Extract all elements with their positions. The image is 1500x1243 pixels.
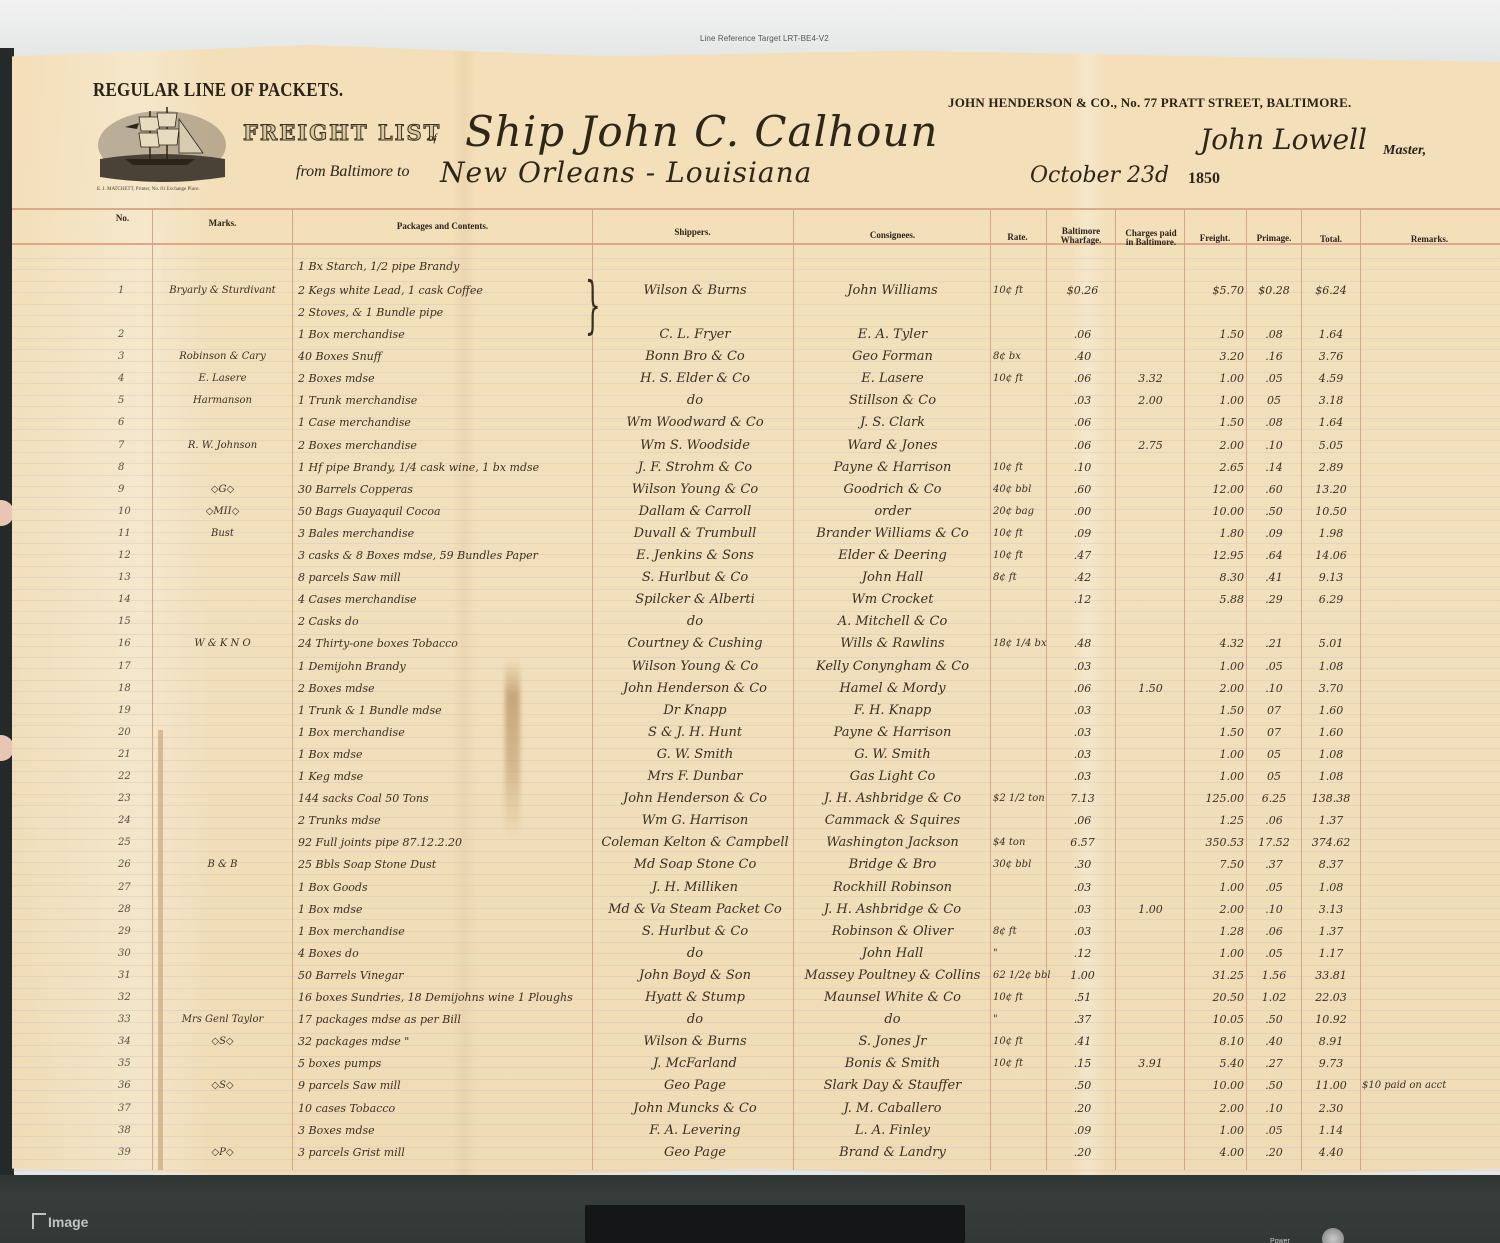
wharfage-cell: .48 xyxy=(1050,633,1115,655)
consignee-cell: J. H. Ashbridge & Co xyxy=(795,899,990,921)
col-header-freight: Freight. xyxy=(1186,234,1244,243)
charges-cell: 2.00 xyxy=(1118,390,1183,412)
entry-number: 1 xyxy=(118,280,148,302)
entry-number: 5 xyxy=(118,390,148,412)
consignee-cell: order xyxy=(795,501,990,523)
total-cell: 8.37 xyxy=(1302,854,1360,876)
packages-cell: 2 Boxes mdse xyxy=(298,368,593,390)
wharfage-cell: .03 xyxy=(1050,390,1115,412)
table-row: 23144 sacks Coal 50 TonsJohn Henderson &… xyxy=(0,788,1500,810)
consignee-cell: Payne & Harrison xyxy=(795,722,990,744)
shipper-cell: Md Soap Stone Co xyxy=(600,854,790,876)
wharfage-cell: .50 xyxy=(1050,1075,1115,1097)
consignee-cell: E. A. Tyler xyxy=(795,324,990,346)
primage-cell: 05 xyxy=(1250,390,1298,412)
table-row: 7R. W. Johnson2 Boxes merchandiseWm S. W… xyxy=(0,435,1500,457)
rate-cell: " xyxy=(993,1009,1045,1031)
primage-cell: 07 xyxy=(1250,722,1298,744)
shipper-cell: Mrs F. Dunbar xyxy=(600,766,790,788)
shipper-cell: Dallam & Carroll xyxy=(600,501,790,523)
primage-cell: .20 xyxy=(1250,1142,1298,1164)
col-header-shippers: Shippers. xyxy=(595,228,790,237)
packages-cell: 1 Box merchandise xyxy=(298,921,593,943)
shipper-cell: Duvall & Trumbull xyxy=(600,523,790,545)
table-header-rule xyxy=(12,243,1500,245)
total-cell: 4.59 xyxy=(1302,368,1360,390)
shipper-cell: Coleman Kelton & Campbell xyxy=(600,832,790,854)
marks-cell: Harmanson xyxy=(155,390,290,412)
packages-cell: 32 packages mdse " xyxy=(298,1031,593,1053)
primage-cell: .08 xyxy=(1250,412,1298,434)
entry-number: 13 xyxy=(118,567,148,589)
primage-cell: .05 xyxy=(1250,1120,1298,1142)
entry-number: 34 xyxy=(118,1031,148,1053)
freight-cell: 7.50 xyxy=(1186,854,1244,876)
shipper-cell: Wm Woodward & Co xyxy=(600,412,790,434)
freight-cell: 8.30 xyxy=(1186,567,1244,589)
charges-cell: 1.50 xyxy=(1118,678,1183,700)
rate-cell: 30¢ bbl xyxy=(993,854,1045,876)
shipper-cell: Hyatt & Stump xyxy=(600,987,790,1009)
packages-cell: 1 Keg mdse xyxy=(298,766,593,788)
rate-cell: 62 1/2¢ bbl xyxy=(993,965,1045,987)
freight-cell: 1.00 xyxy=(1186,368,1244,390)
shipper-cell: G. W. Smith xyxy=(600,744,790,766)
entry-number: 20 xyxy=(118,722,148,744)
rate-cell: 8¢ ft xyxy=(993,567,1045,589)
wharfage-cell: .03 xyxy=(1050,899,1115,921)
company-address: JOHN HENDERSON & CO., No. 77 PRATT STREE… xyxy=(948,95,1351,111)
shipper-cell: J. McFarland xyxy=(600,1053,790,1075)
table-row: 182 Boxes mdseJohn Henderson & CoHamel &… xyxy=(0,678,1500,700)
entry-number: 35 xyxy=(118,1053,148,1075)
consignee-cell: Rockhill Robinson xyxy=(795,877,990,899)
table-row: 383 Boxes mdseF. A. LeveringL. A. Finley… xyxy=(0,1120,1500,1142)
total-cell: 3.70 xyxy=(1302,678,1360,700)
freight-cell: 1.28 xyxy=(1186,921,1244,943)
marks-cell: B & B xyxy=(155,854,290,876)
total-cell: 10.92 xyxy=(1302,1009,1360,1031)
entry-number: 14 xyxy=(118,589,148,611)
packages-cell: 2 Trunks mdse xyxy=(298,810,593,832)
wharfage-cell: .12 xyxy=(1050,943,1115,965)
consignee-cell: Bridge & Bro xyxy=(795,854,990,876)
entry-number: 12 xyxy=(118,545,148,567)
wharfage-cell: .42 xyxy=(1050,567,1115,589)
freight-cell: 1.00 xyxy=(1186,390,1244,412)
consignee-cell: Payne & Harrison xyxy=(795,457,990,479)
rate-cell: 10¢ ft xyxy=(993,280,1045,302)
total-cell: 11.00 xyxy=(1302,1075,1360,1097)
consignee-cell: Maunsel White & Co xyxy=(795,987,990,1009)
rate-cell: 10¢ ft xyxy=(993,457,1045,479)
table-row: 2 Stoves, & 1 Bundle pipe xyxy=(0,302,1500,324)
route-label: from Baltimore to xyxy=(296,163,409,181)
consignee-cell: Robinson & Oliver xyxy=(795,921,990,943)
primage-cell: .40 xyxy=(1250,1031,1298,1053)
consignee-cell: E. Lasere xyxy=(795,368,990,390)
wharfage-cell: .30 xyxy=(1050,854,1115,876)
consignee-cell: Slark Day & Stauffer xyxy=(795,1075,990,1097)
rate-cell: 8¢ ft xyxy=(993,921,1045,943)
rate-cell: 10¢ ft xyxy=(993,1031,1045,1053)
wharfage-cell: .03 xyxy=(1050,766,1115,788)
col-header-primage: Primage. xyxy=(1248,234,1300,243)
total-cell: 9.13 xyxy=(1302,567,1360,589)
marks-cell: ◇G◇ xyxy=(155,479,290,501)
consignee-cell: Wm Crocket xyxy=(795,589,990,611)
primage-cell: .27 xyxy=(1250,1053,1298,1075)
col-header-packages: Packages and Contents. xyxy=(295,222,590,231)
total-cell: 374.62 xyxy=(1302,832,1360,854)
shipper-cell: S. Hurlbut & Co xyxy=(600,921,790,943)
wharfage-cell: .00 xyxy=(1050,501,1115,523)
consignee-cell: Hamel & Mordy xyxy=(795,678,990,700)
wharfage-cell: .06 xyxy=(1050,412,1115,434)
entry-number: 11 xyxy=(118,523,148,545)
entry-number: 9 xyxy=(118,479,148,501)
ship-name: Ship John C. Calhoun xyxy=(465,107,938,156)
entry-number: 39 xyxy=(118,1142,148,1164)
date-month-day: October 23d xyxy=(1030,163,1169,188)
primage-cell: 1.02 xyxy=(1250,987,1298,1009)
shipper-cell: John Muncks & Co xyxy=(600,1098,790,1120)
packages-cell: 2 Stoves, & 1 Bundle pipe xyxy=(298,302,593,324)
col-header-wharfage: BaltimoreWharfage. xyxy=(1048,227,1114,245)
shipper-cell: Md & Va Steam Packet Co xyxy=(600,899,790,921)
packages-cell: 4 Boxes do xyxy=(298,943,593,965)
total-cell: 1.08 xyxy=(1302,744,1360,766)
rate-cell: 10¢ ft xyxy=(993,1053,1045,1075)
total-cell: 3.76 xyxy=(1302,346,1360,368)
consignee-cell: John Williams xyxy=(795,280,990,302)
freight-cell: 10.00 xyxy=(1186,1075,1244,1097)
consignee-cell: Brander Williams & Co xyxy=(795,523,990,545)
packages-cell: 1 Hf pipe Brandy, 1/4 cask wine, 1 bx md… xyxy=(298,457,593,479)
consignee-cell: Stillson & Co xyxy=(795,390,990,412)
packages-cell: 92 Full joints pipe 87.12.2.20 xyxy=(298,832,593,854)
primage-cell: 07 xyxy=(1250,700,1298,722)
marks-cell: ◇S◇ xyxy=(155,1075,290,1097)
freight-cell: 4.00 xyxy=(1186,1142,1244,1164)
freight-cell: 1.00 xyxy=(1186,1120,1244,1142)
consignee-cell: S. Jones Jr xyxy=(795,1031,990,1053)
entry-number: 19 xyxy=(118,700,148,722)
marks-cell: Mrs Genl Taylor xyxy=(155,1009,290,1031)
freight-cell: 8.10 xyxy=(1186,1031,1244,1053)
freight-cell: 350.53 xyxy=(1186,832,1244,854)
primage-cell: 1.56 xyxy=(1250,965,1298,987)
packages-cell: 1 Box mdse xyxy=(298,899,593,921)
destination: New Orleans - Louisiana xyxy=(440,156,812,189)
primage-cell: .05 xyxy=(1250,368,1298,390)
shipper-cell: Wilson Young & Co xyxy=(600,479,790,501)
table-row: 16W & K N O24 Thirty-one boxes TobaccoCo… xyxy=(0,633,1500,655)
remarks-cell: $10 paid on acct xyxy=(1362,1075,1497,1097)
freight-cell: 2.00 xyxy=(1186,1098,1244,1120)
packages-cell: 144 sacks Coal 50 Tons xyxy=(298,788,593,810)
packages-cell: 3 parcels Grist mill xyxy=(298,1142,593,1164)
total-cell: 1.98 xyxy=(1302,523,1360,545)
total-cell: 1.60 xyxy=(1302,700,1360,722)
entry-number: 18 xyxy=(118,678,148,700)
entry-number: 17 xyxy=(118,656,148,678)
freight-cell: 2.65 xyxy=(1186,457,1244,479)
printer-credit: E. J. MATCHETT, Printer, No. 81 Exchange… xyxy=(97,187,200,192)
wharfage-cell: .03 xyxy=(1050,722,1115,744)
table-row: 171 Demijohn BrandyWilson Young & CoKell… xyxy=(0,656,1500,678)
packages-cell: 2 Boxes merchandise xyxy=(298,435,593,457)
table-row: 152 Casks dodoA. Mitchell & Co xyxy=(0,611,1500,633)
shipper-cell: do xyxy=(600,943,790,965)
table-row: 61 Case merchandiseWm Woodward & CoJ. S.… xyxy=(0,412,1500,434)
entry-number: 31 xyxy=(118,965,148,987)
wharfage-cell: 6.57 xyxy=(1050,832,1115,854)
rate-cell: 10¢ ft xyxy=(993,545,1045,567)
total-cell: 9.73 xyxy=(1302,1053,1360,1075)
shipper-cell: J. F. Strohm & Co xyxy=(600,457,790,479)
col-header-rate: Rate. xyxy=(990,233,1045,242)
charges-cell: 2.75 xyxy=(1118,435,1183,457)
entry-number: 36 xyxy=(118,1075,148,1097)
freight-cell: 31.25 xyxy=(1186,965,1244,987)
col-header-charges: Charges paidin Baltimore. xyxy=(1116,229,1186,247)
consignee-cell: Cammack & Squires xyxy=(795,810,990,832)
total-cell: 6.29 xyxy=(1302,589,1360,611)
table-row: 3150 Barrels VinegarJohn Boyd & SonMasse… xyxy=(0,965,1500,987)
ship-engraving-icon xyxy=(95,97,230,182)
wharfage-cell: .15 xyxy=(1050,1053,1115,1075)
packages-cell: 1 Trunk & 1 Bundle mdse xyxy=(298,700,593,722)
scanner-logo: Image xyxy=(32,1213,88,1230)
packages-cell: 24 Thirty-one boxes Tobacco xyxy=(298,633,593,655)
packages-cell: 3 Bales merchandise xyxy=(298,523,593,545)
wharfage-cell: .03 xyxy=(1050,744,1115,766)
table-row: 201 Box merchandiseS & J. H. HuntPayne &… xyxy=(0,722,1500,744)
table-row: 10◇MII◇50 Bags Guayaquil CocoaDallam & C… xyxy=(0,501,1500,523)
charges-cell: 3.32 xyxy=(1118,368,1183,390)
primage-cell: .16 xyxy=(1250,346,1298,368)
total-cell: 1.17 xyxy=(1302,943,1360,965)
primage-cell: .60 xyxy=(1250,479,1298,501)
shipper-cell: John Henderson & Co xyxy=(600,678,790,700)
total-cell: 8.91 xyxy=(1302,1031,1360,1053)
table-row: 1 Bx Starch, 1/2 pipe Brandy xyxy=(0,256,1500,278)
wharfage-cell: .03 xyxy=(1050,700,1115,722)
freight-cell: 10.00 xyxy=(1186,501,1244,523)
consignee-cell: John Hall xyxy=(795,943,990,965)
wharfage-cell: .06 xyxy=(1050,324,1115,346)
packages-cell: 2 Kegs white Lead, 1 cask Coffee xyxy=(298,280,593,302)
entry-number: 3 xyxy=(118,346,148,368)
entry-number: 21 xyxy=(118,744,148,766)
marks-cell: Robinson & Cary xyxy=(155,346,290,368)
freight-cell: 1.25 xyxy=(1186,810,1244,832)
primage-cell: .06 xyxy=(1250,921,1298,943)
packages-cell: 1 Demijohn Brandy xyxy=(298,656,593,678)
entry-number: 32 xyxy=(118,987,148,1009)
shipper-cell: Dr Knapp xyxy=(600,700,790,722)
rate-cell: 40¢ bbl xyxy=(993,479,1045,501)
reference-target-label: Line Reference Target LRT-BE4-V2 xyxy=(700,34,829,43)
entry-number: 37 xyxy=(118,1098,148,1120)
total-cell: $6.24 xyxy=(1302,280,1360,302)
rate-cell: " xyxy=(993,943,1045,965)
table-row: 191 Trunk & 1 Bundle mdseDr KnappF. H. K… xyxy=(0,700,1500,722)
packages-cell: 1 Bx Starch, 1/2 pipe Brandy xyxy=(298,256,593,278)
marks-cell: Bust xyxy=(155,523,290,545)
packages-cell: 1 Case merchandise xyxy=(298,412,593,434)
table-row: 26B & B25 Bbls Soap Stone DustMd Soap St… xyxy=(0,854,1500,876)
freight-cell: 5.40 xyxy=(1186,1053,1244,1075)
consignee-cell: Kelly Conyngham & Co xyxy=(795,656,990,678)
packages-cell: 9 parcels Saw mill xyxy=(298,1075,593,1097)
freight-cell: 20.50 xyxy=(1186,987,1244,1009)
shipper-cell: do xyxy=(600,390,790,412)
primage-cell: .41 xyxy=(1250,567,1298,589)
primage-cell: .10 xyxy=(1250,1098,1298,1120)
primage-cell: .50 xyxy=(1250,501,1298,523)
col-header-consignees: Consignees. xyxy=(795,231,990,240)
table-row: 9◇G◇30 Barrels CopperasWilson Young & Co… xyxy=(0,479,1500,501)
master-name: John Lowell xyxy=(1200,123,1367,156)
packages-cell: 1 Trunk merchandise xyxy=(298,390,593,412)
primage-cell: .10 xyxy=(1250,435,1298,457)
shipper-cell: Wilson & Burns xyxy=(600,280,790,302)
entry-number: 8 xyxy=(118,457,148,479)
wharfage-cell: .40 xyxy=(1050,346,1115,368)
scanner-power-knob[interactable] xyxy=(1322,1228,1344,1243)
primage-cell: 17.52 xyxy=(1250,832,1298,854)
total-cell: 1.14 xyxy=(1302,1120,1360,1142)
wharfage-cell: .06 xyxy=(1050,810,1115,832)
entry-number: 23 xyxy=(118,788,148,810)
consignee-cell: Massey Poultney & Collins xyxy=(795,965,990,987)
total-cell: 13.20 xyxy=(1302,479,1360,501)
table-row: 123 casks & 8 Boxes mdse, 59 Bundles Pap… xyxy=(0,545,1500,567)
wharfage-cell: .37 xyxy=(1050,1009,1115,1031)
scanner-power-label: Power xyxy=(1270,1238,1290,1243)
total-cell: 138.38 xyxy=(1302,788,1360,810)
packages-cell: 5 boxes pumps xyxy=(298,1053,593,1075)
charges-cell: 1.00 xyxy=(1118,899,1183,921)
packages-cell: 1 Box Goods xyxy=(298,877,593,899)
primage-cell: .05 xyxy=(1250,877,1298,899)
table-row: 33Mrs Genl Taylor17 packages mdse as per… xyxy=(0,1009,1500,1031)
table-row: 304 Boxes dodoJohn Hall".121.00.051.17 xyxy=(0,943,1500,965)
wharfage-cell: .06 xyxy=(1050,435,1115,457)
total-cell: 1.08 xyxy=(1302,656,1360,678)
consignee-cell: Bonis & Smith xyxy=(795,1053,990,1075)
col-header-remarks: Remarks. xyxy=(1362,235,1497,244)
packages-cell: 2 Boxes mdse xyxy=(298,678,593,700)
total-cell: 1.08 xyxy=(1302,877,1360,899)
consignee-cell: J. H. Ashbridge & Co xyxy=(795,788,990,810)
primage-cell: .64 xyxy=(1250,545,1298,567)
freight-cell: 2.00 xyxy=(1186,435,1244,457)
freight-cell: 1.00 xyxy=(1186,877,1244,899)
total-cell: 5.01 xyxy=(1302,633,1360,655)
total-cell: 1.37 xyxy=(1302,921,1360,943)
wharfage-cell: .20 xyxy=(1050,1098,1115,1120)
wharfage-cell: .10 xyxy=(1050,457,1115,479)
table-row: 3Robinson & Cary40 Boxes SnuffBonn Bro &… xyxy=(0,346,1500,368)
wharfage-cell: .60 xyxy=(1050,479,1115,501)
consignee-cell: Washington Jackson xyxy=(795,832,990,854)
entry-number: 7 xyxy=(118,435,148,457)
table-top-rule xyxy=(12,208,1500,210)
packages-cell: 2 Casks do xyxy=(298,611,593,633)
packages-cell: 25 Bbls Soap Stone Dust xyxy=(298,854,593,876)
table-row: 11Bust3 Bales merchandiseDuvall & Trumbu… xyxy=(0,523,1500,545)
freight-cell: 12.00 xyxy=(1186,479,1244,501)
wharfage-cell: .47 xyxy=(1050,545,1115,567)
shipper-cell: C. L. Fryer xyxy=(600,324,790,346)
marks-cell: E. Lasere xyxy=(155,368,290,390)
freight-cell: 1.00 xyxy=(1186,766,1244,788)
freight-cell: 1.50 xyxy=(1186,722,1244,744)
col-header-total: Total. xyxy=(1302,235,1360,244)
entry-number: 26 xyxy=(118,854,148,876)
consignee-cell: Wills & Rawlins xyxy=(795,633,990,655)
total-cell: 5.05 xyxy=(1302,435,1360,457)
ruling-line xyxy=(12,1170,1500,1171)
primage-cell: .06 xyxy=(1250,810,1298,832)
packages-cell: 17 packages mdse as per Bill xyxy=(298,1009,593,1031)
table-row: 3216 boxes Sundries, 18 Demijohns wine 1… xyxy=(0,987,1500,1009)
wharfage-cell: 1.00 xyxy=(1050,965,1115,987)
wharfage-cell: .03 xyxy=(1050,656,1115,678)
shipper-cell: E. Jenkins & Sons xyxy=(600,545,790,567)
primage-cell: .21 xyxy=(1250,633,1298,655)
total-cell: 2.89 xyxy=(1302,457,1360,479)
consignee-cell: do xyxy=(795,1009,990,1031)
freight-cell: 2.00 xyxy=(1186,899,1244,921)
wharfage-cell: .06 xyxy=(1050,368,1115,390)
master-label: Master, xyxy=(1383,143,1426,159)
consignee-cell: G. W. Smith xyxy=(795,744,990,766)
entry-number: 2 xyxy=(118,324,148,346)
consignee-cell: J. S. Clark xyxy=(795,412,990,434)
freight-cell: 1.80 xyxy=(1186,523,1244,545)
total-cell: 3.13 xyxy=(1302,899,1360,921)
marks-cell: R. W. Johnson xyxy=(155,435,290,457)
table-row: 3710 cases TobaccoJohn Muncks & CoJ. M. … xyxy=(0,1098,1500,1120)
wharfage-cell: .51 xyxy=(1050,987,1115,1009)
freight-cell: 2.00 xyxy=(1186,678,1244,700)
marks-cell: Bryarly & Sturdivant xyxy=(155,280,290,302)
wharfage-cell: .03 xyxy=(1050,877,1115,899)
total-cell: 22.03 xyxy=(1302,987,1360,1009)
primage-cell: .29 xyxy=(1250,589,1298,611)
table-row: 36◇S◇9 parcels Saw millGeo PageSlark Day… xyxy=(0,1075,1500,1097)
shipper-cell: J. H. Milliken xyxy=(600,877,790,899)
entry-number: 27 xyxy=(118,877,148,899)
table-row: 34◇S◇32 packages mdse "Wilson & BurnsS. … xyxy=(0,1031,1500,1053)
freight-cell: 1.00 xyxy=(1186,656,1244,678)
shipper-cell: Courtney & Cushing xyxy=(600,633,790,655)
scanner-window xyxy=(585,1205,965,1243)
form-title: FREIGHT LIST xyxy=(243,120,441,145)
primage-cell: $0.28 xyxy=(1250,280,1298,302)
freight-cell: 5.88 xyxy=(1186,589,1244,611)
primage-cell: .14 xyxy=(1250,457,1298,479)
entry-number: 4 xyxy=(118,368,148,390)
table-row: 1 Bryarly & Sturdivant 2 Kegs white Lead… xyxy=(0,280,1500,302)
shipper-cell: John Henderson & Co xyxy=(600,788,790,810)
table-row: 81 Hf pipe Brandy, 1/4 cask wine, 1 bx m… xyxy=(0,457,1500,479)
shipper-cell: F. A. Levering xyxy=(600,1120,790,1142)
